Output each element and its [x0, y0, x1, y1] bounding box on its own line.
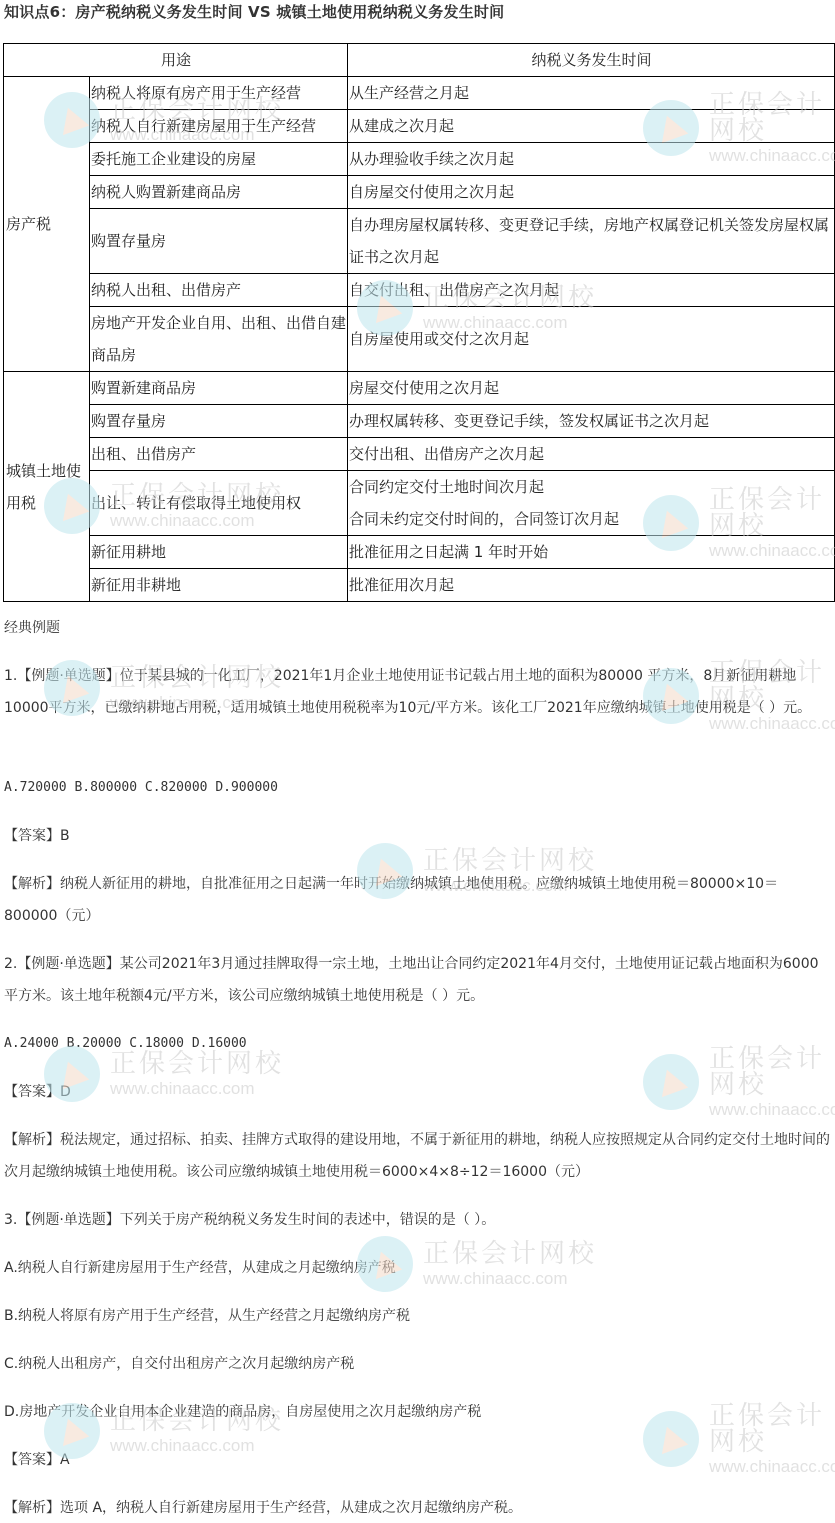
question-1-options: A.720000 B.800000 C.820000 D.900000 — [4, 772, 830, 804]
time-cell: 批准征用之日起满 1 年时开始 — [348, 536, 835, 569]
use-cell: 纳税人购置新建商品房 — [90, 176, 348, 209]
use-cell: 纳税人将原有房产用于生产经营 — [90, 77, 348, 110]
question-2-analysis: 【解析】税法规定，通过招标、拍卖、挂牌方式取得的建设用地，不属于新征用的耕地，纳… — [4, 1124, 830, 1188]
use-cell: 购置存量房 — [90, 405, 348, 438]
question-3-stem: 3.【例题·单选题】下列关于房产税纳税义务发生时间的表述中，错误的是（ ）。 — [4, 1204, 830, 1236]
table-row: 新征用非耕地 批准征用次月起 — [4, 569, 835, 602]
use-cell: 新征用非耕地 — [90, 569, 348, 602]
question-1-analysis: 【解析】纳税人新征用的耕地，自批准征用之日起满一年时开始缴纳城镇土地使用税。应缴… — [4, 868, 830, 932]
time-cell: 从建成之次月起 — [348, 110, 835, 143]
use-cell: 纳税人出租、出借房产 — [90, 274, 348, 307]
use-cell: 纳税人自行新建房屋用于生产经营 — [90, 110, 348, 143]
table-row: 出让、转让有偿取得土地使用权 合同约定交付土地时间次月起 合同未约定交付时间的，… — [4, 471, 835, 536]
table-row: 委托施工企业建设的房屋 从办理验收手续之次月起 — [4, 143, 835, 176]
comparison-table: 用途 纳税义务发生时间 房产税 纳税人将原有房产用于生产经营 从生产经营之月起 … — [3, 43, 835, 602]
table-row: 新征用耕地 批准征用之日起满 1 年时开始 — [4, 536, 835, 569]
time-cell: 自房屋使用或交付之次月起 — [348, 307, 835, 372]
time-cell: 合同约定交付土地时间次月起 合同未约定交付时间的，合同签订次月起 — [348, 471, 835, 536]
time-cell: 交付出租、出借房产之次月起 — [348, 438, 835, 471]
table-row: 城镇土地使用税 购置新建商品房 房屋交付使用之次月起 — [4, 372, 835, 405]
table-header-row: 用途 纳税义务发生时间 — [4, 44, 835, 77]
time-cell: 批准征用次月起 — [348, 569, 835, 602]
question-1-answer: 【答案】B — [4, 820, 830, 852]
use-cell: 新征用耕地 — [90, 536, 348, 569]
table-row: 购置存量房 自办理房屋权属转移、变更登记手续，房地产权属登记机关签发房屋权属证书… — [4, 209, 835, 274]
question-3-analysis: 【解析】选项 A，纳税人自行新建房屋用于生产经营，从建成之次月起缴纳房产税。 — [4, 1492, 830, 1523]
question-3-option-c: C.纳税人出租房产，自交付出租房产之次月起缴纳房产税 — [4, 1348, 830, 1380]
question-2-options: A.24000 B.20000 C.18000 D.16000 — [4, 1028, 830, 1060]
time-cell: 房屋交付使用之次月起 — [348, 372, 835, 405]
time-cell: 自房屋交付使用之次月起 — [348, 176, 835, 209]
table-row: 房地产开发企业自用、出租、出借自建商品房 自房屋使用或交付之次月起 — [4, 307, 835, 372]
time-cell: 从办理验收手续之次月起 — [348, 143, 835, 176]
question-3-option-a: A.纳税人自行新建房屋用于生产经营，从建成之月起缴纳房产税 — [4, 1252, 830, 1284]
examples-heading: 经典例题 — [4, 612, 830, 644]
use-cell: 房地产开发企业自用、出租、出借自建商品房 — [90, 307, 348, 372]
time-cell: 自办理房屋权属转移、变更登记手续，房地产权属登记机关签发房屋权属证书之次月起 — [348, 209, 835, 274]
question-2-answer: 【答案】D — [4, 1076, 830, 1108]
time-line-2: 合同未约定交付时间的，合同签订次月起 — [349, 503, 834, 535]
use-cell: 购置存量房 — [90, 209, 348, 274]
time-line-1: 合同约定交付土地时间次月起 — [349, 471, 834, 503]
time-cell: 从生产经营之月起 — [348, 77, 835, 110]
table-row: 纳税人出租、出借房产 自交付出租、出借房产之次月起 — [4, 274, 835, 307]
table-row: 纳税人购置新建商品房 自房屋交付使用之次月起 — [4, 176, 835, 209]
question-3-option-d: D.房地产开发企业自用本企业建造的商品房，自房屋使用之次月起缴纳房产税 — [4, 1396, 830, 1428]
use-cell: 购置新建商品房 — [90, 372, 348, 405]
question-3-option-b: B.纳税人将原有房产用于生产经营，从生产经营之月起缴纳房产税 — [4, 1300, 830, 1332]
time-cell: 办理权属转移、变更登记手续，签发权属证书之次月起 — [348, 405, 835, 438]
category-property-tax: 房产税 — [4, 77, 90, 372]
use-cell: 委托施工企业建设的房屋 — [90, 143, 348, 176]
use-cell: 出租、出借房产 — [90, 438, 348, 471]
header-use: 用途 — [4, 44, 348, 77]
question-2-stem: 2.【例题·单选题】某公司2021年3月通过挂牌取得一宗土地，土地出让合同约定2… — [4, 948, 830, 1012]
question-1-stem: 1.【例题·单选题】位于某县城的一化工厂，2021年1月企业土地使用证书记载占用… — [4, 660, 830, 724]
header-time: 纳税义务发生时间 — [348, 44, 835, 77]
category-land-use-tax: 城镇土地使用税 — [4, 372, 90, 602]
table-row: 购置存量房 办理权属转移、变更登记手续，签发权属证书之次月起 — [4, 405, 835, 438]
question-3-answer: 【答案】A — [4, 1444, 830, 1476]
page-title: 知识点6：房产税纳税义务发生时间 VS 城镇土地使用税纳税义务发生时间 — [4, 2, 504, 22]
time-cell: 自交付出租、出借房产之次月起 — [348, 274, 835, 307]
table-row: 出租、出借房产 交付出租、出借房产之次月起 — [4, 438, 835, 471]
use-cell: 出让、转让有偿取得土地使用权 — [90, 471, 348, 536]
table-row: 房产税 纳税人将原有房产用于生产经营 从生产经营之月起 — [4, 77, 835, 110]
table-row: 纳税人自行新建房屋用于生产经营 从建成之次月起 — [4, 110, 835, 143]
